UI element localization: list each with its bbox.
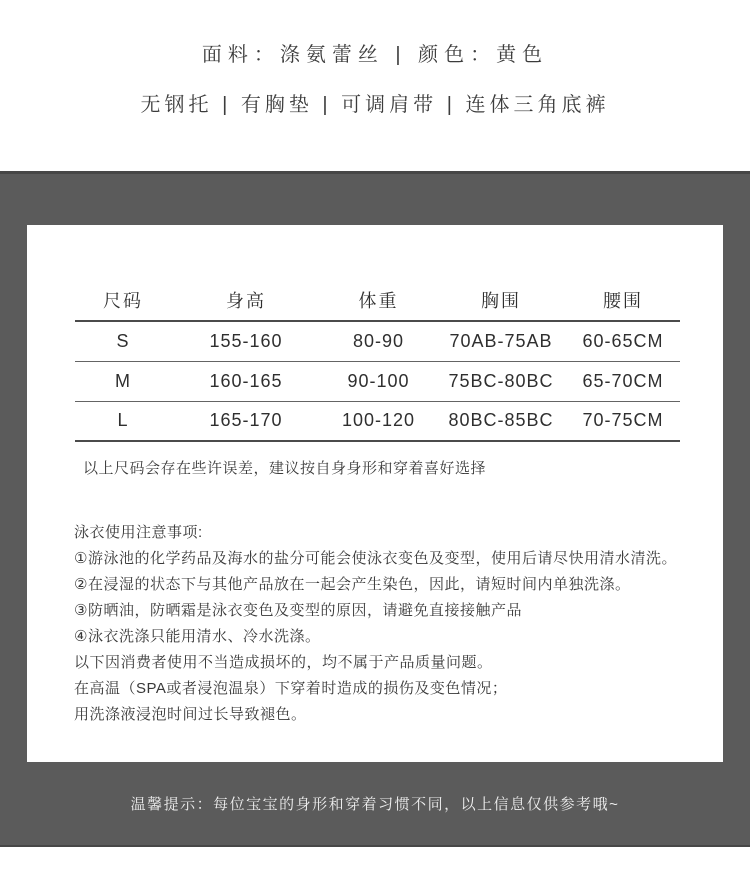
cell-bust: 75BC-80BC bbox=[436, 361, 566, 401]
cell-waist: 70-75CM bbox=[566, 401, 680, 441]
table-row: L 165-170 100-120 80BC-85BC 70-75CM bbox=[75, 401, 680, 441]
care-instruction-item: ④泳衣洗涤只能用清水、冷水洗涤。 bbox=[74, 624, 723, 650]
size-table: 尺码 身高 体重 胸围 腰围 S 155-160 80-90 70AB-75AB… bbox=[75, 279, 680, 442]
features-line: 无钢托 | 有胸垫 | 可调肩带 | 连体三角底裤 bbox=[0, 90, 750, 120]
cell-bust: 70AB-75AB bbox=[436, 321, 566, 361]
header-cell-height: 身高 bbox=[171, 279, 321, 321]
header-cell-bust: 胸围 bbox=[436, 279, 566, 321]
header-cell-weight: 体重 bbox=[321, 279, 436, 321]
cell-weight: 90-100 bbox=[321, 361, 436, 401]
care-instructions-title: 泳衣使用注意事项: bbox=[74, 522, 723, 543]
card-top-spacer bbox=[27, 225, 723, 279]
care-instruction-item: ③防晒油，防晒霜是泳衣变色及变型的原因，请避免直接接触产品 bbox=[74, 598, 723, 624]
cell-height: 160-165 bbox=[171, 361, 321, 401]
care-instruction-item: 用洗涤液浸泡时间过长导致褪色。 bbox=[74, 702, 723, 728]
cell-waist: 60-65CM bbox=[566, 321, 680, 361]
fabric-color-line: 面料：涤氨蕾丝 | 颜色：黄色 bbox=[0, 40, 750, 70]
cell-waist: 65-70CM bbox=[566, 361, 680, 401]
care-instructions-list: ①游泳池的化学药品及海水的盐分可能会使泳衣变色及变型，使用后请尽快用清水清洗。 … bbox=[27, 546, 723, 728]
table-row: S 155-160 80-90 70AB-75AB 60-65CM bbox=[75, 321, 680, 361]
cell-size: M bbox=[75, 361, 171, 401]
cell-height: 165-170 bbox=[171, 401, 321, 441]
friendly-reminder: 温馨提示：每位宝宝的身形和穿着习惯不同，以上信息仅供参考哦~ bbox=[0, 762, 750, 844]
cell-height: 155-160 bbox=[171, 321, 321, 361]
header-cell-waist: 腰围 bbox=[566, 279, 680, 321]
care-instruction-item: 以下因消费者使用不当造成损坏的，均不属于产品质量问题。 bbox=[74, 650, 723, 676]
cell-size: L bbox=[75, 401, 171, 441]
size-disclaimer: 以上尺码会存在些许误差，建议按自身身形和穿着喜好选择 bbox=[83, 458, 723, 479]
care-instruction-item: ①游泳池的化学药品及海水的盐分可能会使泳衣变色及变型，使用后请尽快用清水清洗。 bbox=[74, 546, 723, 572]
care-instruction-item: 在高温（SPA或者浸泡温泉）下穿着时造成的损伤及变色情况； bbox=[74, 676, 723, 702]
cell-weight: 100-120 bbox=[321, 401, 436, 441]
cell-bust: 80BC-85BC bbox=[436, 401, 566, 441]
header-cell-size: 尺码 bbox=[75, 279, 171, 321]
care-instruction-item: ②在浸湿的状态下与其他产品放在一起会产生染色，因此，请短时间内单独洗涤。 bbox=[74, 572, 723, 598]
content-band: 尺码 身高 体重 胸围 腰围 S 155-160 80-90 70AB-75AB… bbox=[0, 171, 750, 847]
table-row: M 160-165 90-100 75BC-80BC 65-70CM bbox=[75, 361, 680, 401]
cell-weight: 80-90 bbox=[321, 321, 436, 361]
size-chart-card: 尺码 身高 体重 胸围 腰围 S 155-160 80-90 70AB-75AB… bbox=[27, 225, 723, 762]
product-attributes-header: 面料：涤氨蕾丝 | 颜色：黄色 无钢托 | 有胸垫 | 可调肩带 | 连体三角底… bbox=[0, 0, 750, 171]
size-table-header-row: 尺码 身高 体重 胸围 腰围 bbox=[75, 279, 680, 321]
cell-size: S bbox=[75, 321, 171, 361]
